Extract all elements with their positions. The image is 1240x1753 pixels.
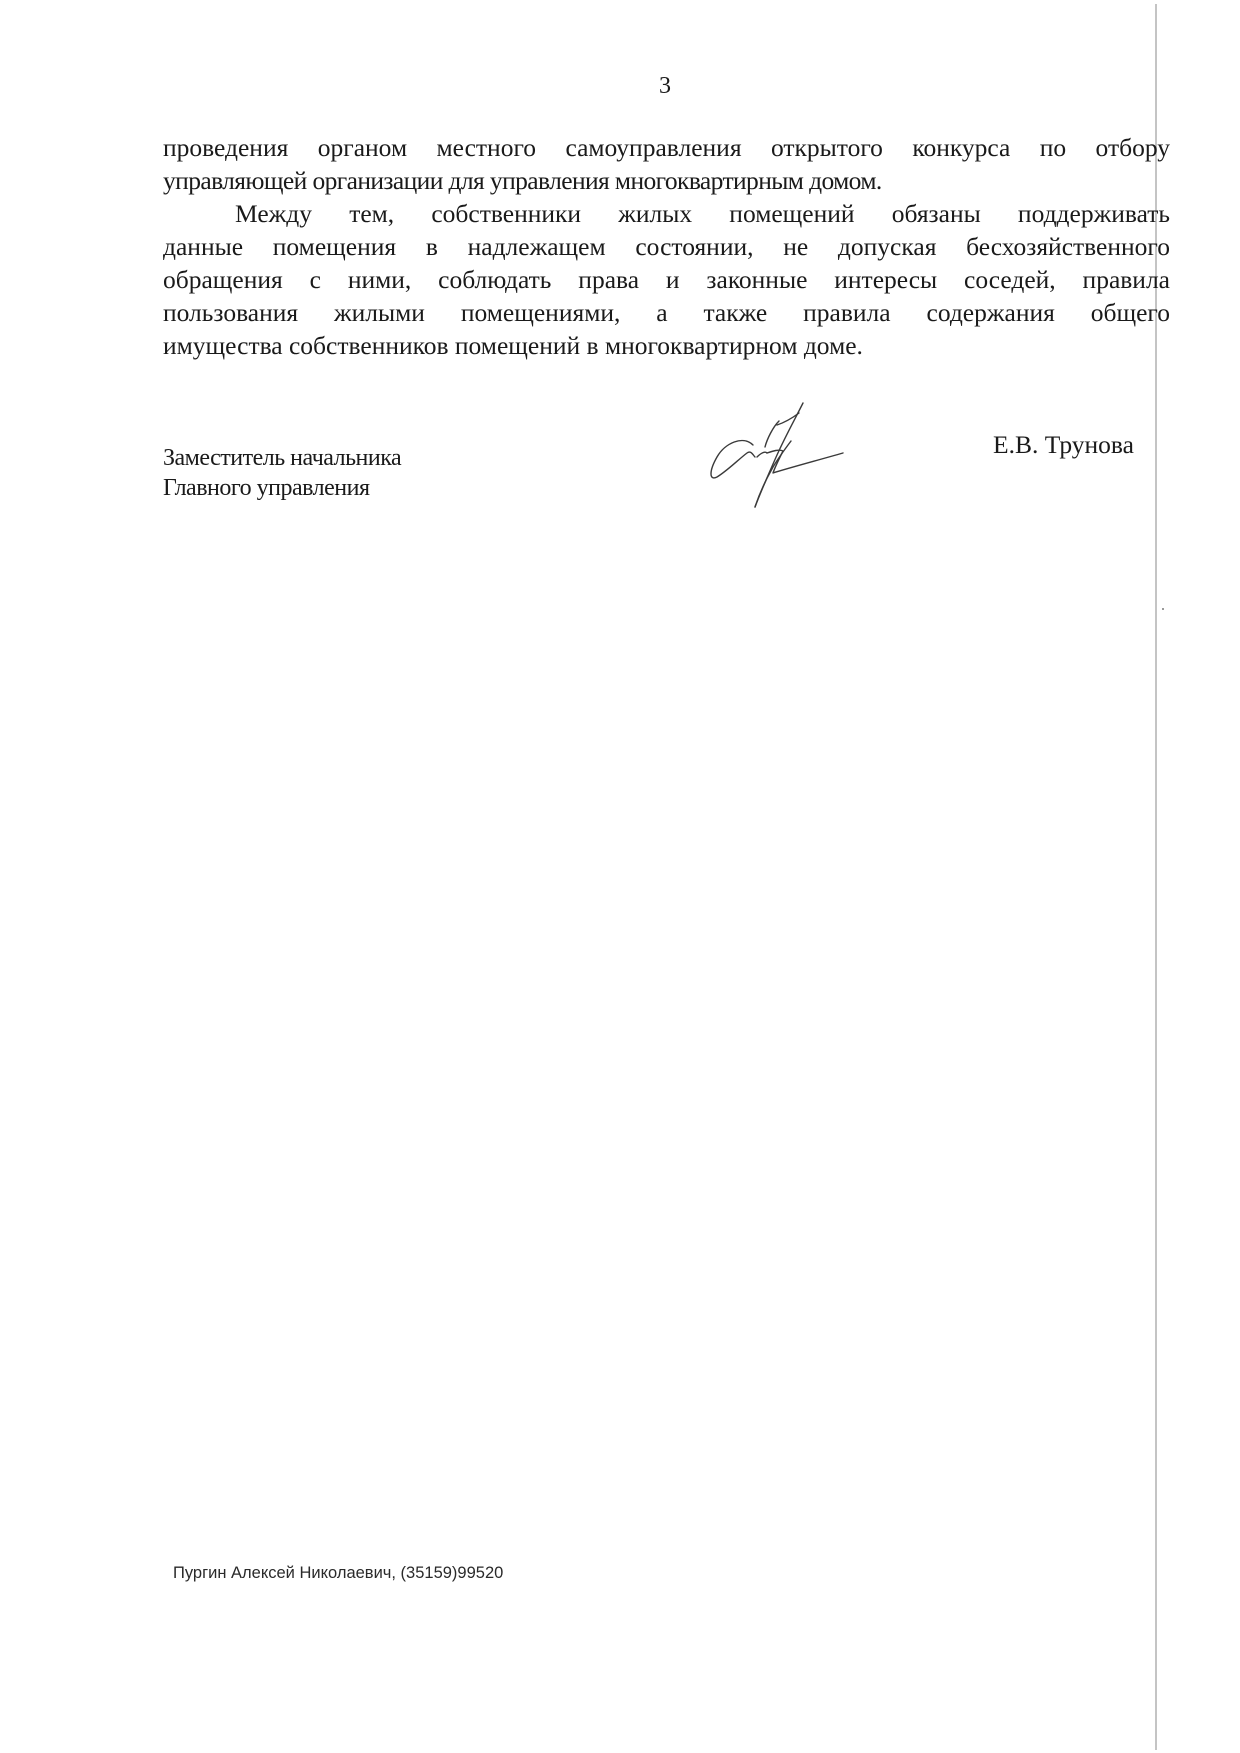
paragraph-1-line-1: проведения органом местного самоуправлен… bbox=[163, 131, 1170, 164]
paragraph-1-line-2: управляющей организации для управления м… bbox=[163, 164, 1170, 197]
footer-contact-info: Пургин Алексей Николаевич, (35159)99520 bbox=[173, 1563, 503, 1583]
signatory-title: Заместитель начальника Главного управлен… bbox=[163, 443, 401, 503]
page-number: 3 bbox=[650, 72, 680, 100]
paragraph-2-line-5: имущества собственников помещений в мног… bbox=[163, 329, 1170, 362]
body-text: проведения органом местного самоуправлен… bbox=[163, 131, 1170, 362]
handwritten-signature-icon bbox=[695, 395, 845, 515]
paragraph-2-line-3: обращения с ними, соблюдать права и зако… bbox=[163, 263, 1170, 296]
signatory-title-line-1: Заместитель начальника bbox=[163, 443, 401, 473]
paragraph-2-line-2: данные помещения в надлежащем состоянии,… bbox=[163, 230, 1170, 263]
document-page: 3 проведения органом местного самоуправл… bbox=[0, 0, 1240, 1753]
signatory-name: Е.В. Трунова bbox=[993, 430, 1134, 460]
paragraph-2-line-1: Между тем, собственники жилых помещений … bbox=[163, 197, 1170, 230]
signatory-title-line-2: Главного управления bbox=[163, 473, 401, 503]
paragraph-2-line-4: пользования жилыми помещениями, а также … bbox=[163, 296, 1170, 329]
scan-speck bbox=[1162, 608, 1164, 610]
